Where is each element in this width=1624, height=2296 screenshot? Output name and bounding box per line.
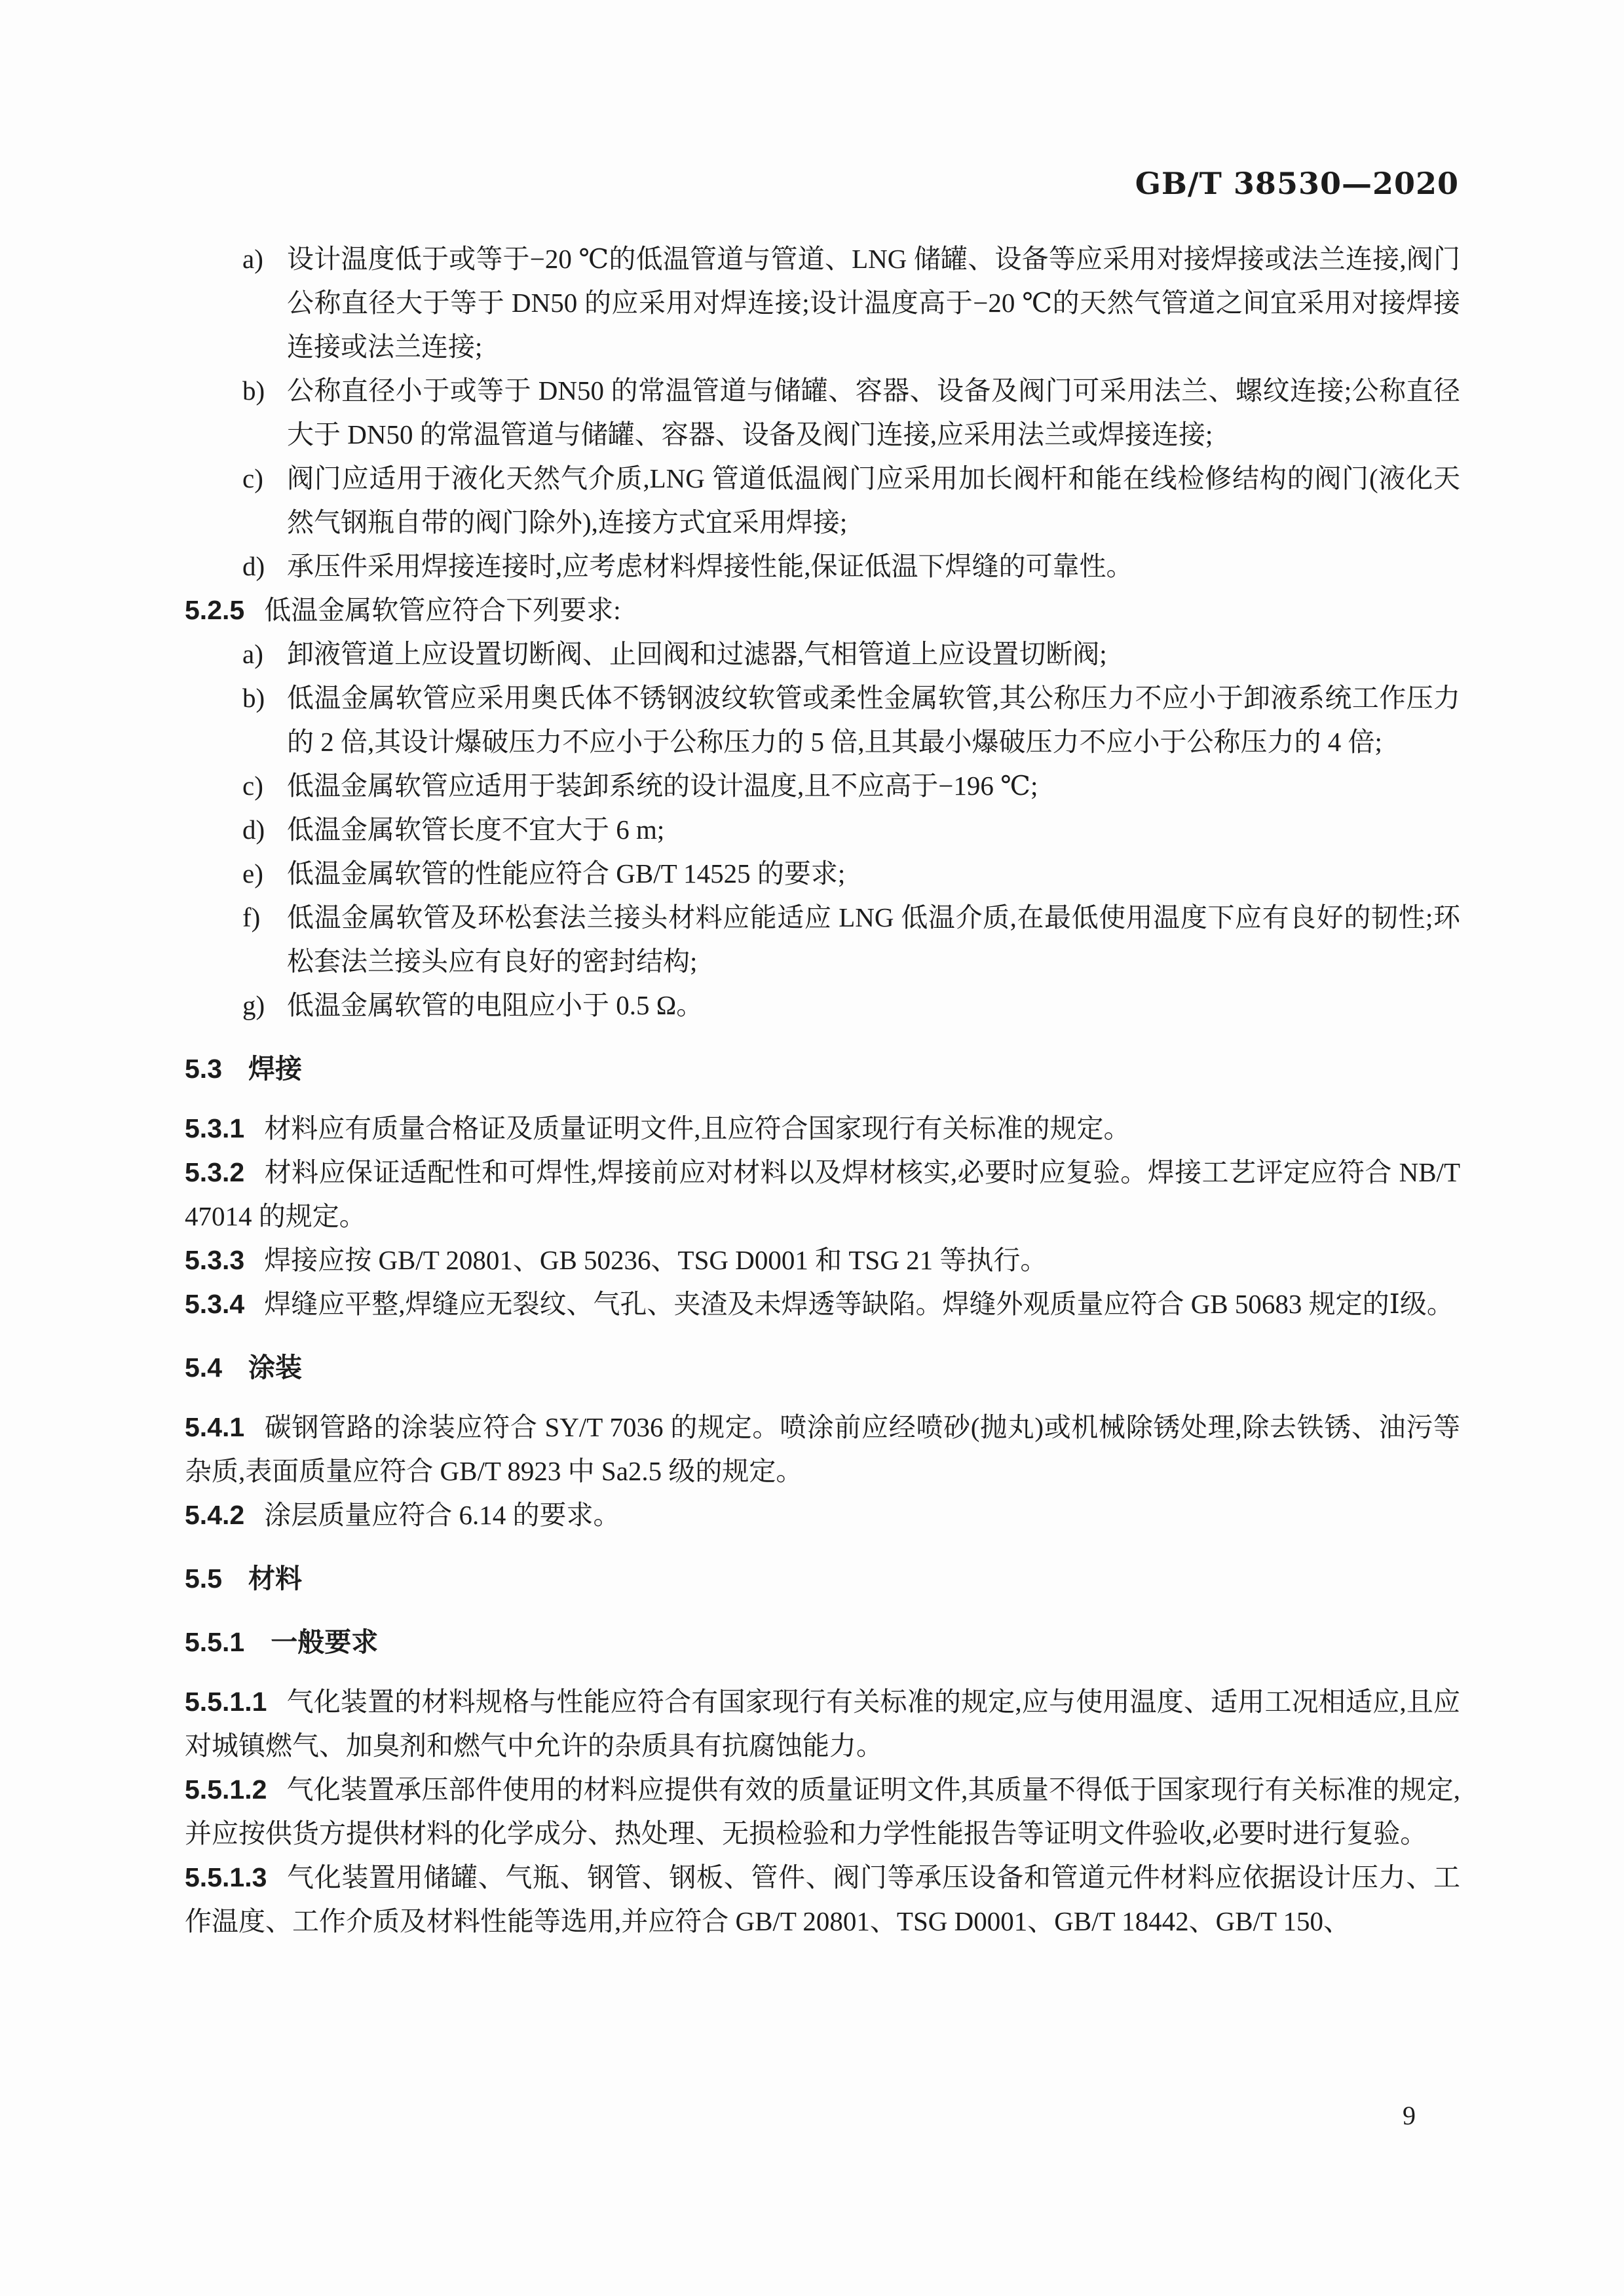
list-text: 设计温度低于或等于−20 ℃的低温管道与管道、LNG 储罐、设备等应采用对接焊接… [287, 237, 1460, 369]
list-label: c) [242, 457, 287, 545]
list-item: c) 低温金属软管应适用于装卸系统的设计温度,且不应高于−196 ℃; [185, 764, 1460, 808]
list-label: a) [242, 237, 287, 369]
clause-text: 涂层质量应符合 6.14 的要求。 [264, 1500, 620, 1530]
clause-text: 焊缝应平整,焊缝应无裂纹、气孔、夹渣及未焊透等缺陷。焊缝外观质量应符合 GB 5… [264, 1289, 1454, 1319]
clause-text: 气化装置承压部件使用的材料应提供有效的质量证明文件,其质量不得低于国家现行有关标… [185, 1774, 1460, 1848]
section-heading-5-5: 5.5材料 [185, 1557, 1460, 1601]
clause-text: 焊接应按 GB/T 20801、GB 50236、TSG D0001 和 TSG… [264, 1245, 1047, 1275]
standard-code: GB/T 38530—2020 [1135, 166, 1459, 201]
list-text: 低温金属软管及环松套法兰接头材料应能适应 LNG 低温介质,在最低使用温度下应有… [287, 896, 1460, 984]
clause-text: 低温金属软管应符合下列要求: [264, 595, 620, 625]
section-heading-5-3: 5.3焊接 [185, 1047, 1460, 1091]
clause-5-3-2: 5.3.2材料应保证适配性和可焊性,焊接前应对材料以及焊材核实,必要时应复验。焊… [185, 1151, 1460, 1238]
list-item: e) 低温金属软管的性能应符合 GB/T 14525 的要求; [185, 852, 1460, 896]
section-number: 5.5.1 [185, 1627, 244, 1657]
list-label: a) [242, 632, 287, 676]
list-text: 低温金属软管应采用奥氏体不锈钢波纹软管或柔性金属软管,其公称压力不应小于卸液系统… [287, 676, 1460, 764]
list-label: g) [242, 984, 287, 1027]
clause-5-5-1-2: 5.5.1.2气化装置承压部件使用的材料应提供有效的质量证明文件,其质量不得低于… [185, 1768, 1460, 1856]
section-number: 5.5 [185, 1563, 222, 1594]
list-item: d) 低温金属软管长度不宜大于 6 m; [185, 808, 1460, 852]
list-text: 低温金属软管长度不宜大于 6 m; [287, 808, 1460, 852]
section-title: 材料 [248, 1563, 302, 1594]
list-text: 低温金属软管的电阻应小于 0.5 Ω。 [287, 984, 1460, 1027]
section-heading-5-5-1: 5.5.1一般要求 [185, 1620, 1460, 1664]
list-label: f) [242, 896, 287, 984]
clause-number: 5.4.1 [185, 1412, 244, 1442]
clause-number: 5.5.1.2 [185, 1774, 267, 1805]
list-item: b) 低温金属软管应采用奥氏体不锈钢波纹软管或柔性金属软管,其公称压力不应小于卸… [185, 676, 1460, 764]
clause-number: 5.3.2 [185, 1157, 244, 1187]
clause-text: 材料应保证适配性和可焊性,焊接前应对材料以及焊材核实,必要时应复验。焊接工艺评定… [185, 1157, 1460, 1231]
list-item: b) 公称直径小于或等于 DN50 的常温管道与储罐、容器、设备及阀门可采用法兰… [185, 369, 1460, 457]
document-header: GB/T 38530—2020 [0, 0, 1624, 202]
list-text: 卸液管道上应设置切断阀、止回阀和过滤器,气相管道上应设置切断阀; [287, 632, 1460, 676]
clause-number: 5.3.4 [185, 1289, 244, 1319]
list-item: d) 承压件采用焊接连接时,应考虑材料焊接性能,保证低温下焊缝的可靠性。 [185, 545, 1460, 588]
section-title: 一般要求 [271, 1627, 378, 1657]
clause-text: 气化装置的材料规格与性能应符合有国家现行有关标准的规定,应与使用温度、适用工况相… [185, 1687, 1460, 1761]
page-number: 9 [1403, 2099, 1416, 2132]
clause-number: 5.5.1.3 [185, 1862, 267, 1892]
section-number: 5.4 [185, 1352, 222, 1383]
list-text: 阀门应适用于液化天然气介质,LNG 管道低温阀门应采用加长阀杆和能在线检修结构的… [287, 457, 1460, 545]
clause-5-5-1-1: 5.5.1.1气化装置的材料规格与性能应符合有国家现行有关标准的规定,应与使用温… [185, 1680, 1460, 1768]
clause-5-3-4: 5.3.4焊缝应平整,焊缝应无裂纹、气孔、夹渣及未焊透等缺陷。焊缝外观质量应符合… [185, 1282, 1460, 1326]
list-text: 低温金属软管应适用于装卸系统的设计温度,且不应高于−196 ℃; [287, 764, 1460, 808]
clause-text: 气化装置用储罐、气瓶、钢管、钢板、管件、阀门等承压设备和管道元件材料应依据设计压… [185, 1862, 1460, 1936]
list-label: d) [242, 545, 287, 588]
clause-text: 碳钢管路的涂装应符合 SY/T 7036 的规定。喷涂前应经喷砂(抛丸)或机械除… [185, 1412, 1460, 1486]
section-number: 5.3 [185, 1054, 222, 1084]
section-heading-5-4: 5.4涂装 [185, 1346, 1460, 1390]
clause-text: 材料应有质量合格证及质量证明文件,且应符合国家现行有关标准的规定。 [264, 1113, 1130, 1143]
clause-5-2-5: 5.2.5低温金属软管应符合下列要求: [185, 588, 1460, 632]
list-label: e) [242, 852, 287, 896]
document-page: GB/T 38530—2020 a) 设计温度低于或等于−20 ℃的低温管道与管… [0, 0, 1624, 2296]
list-item: f) 低温金属软管及环松套法兰接头材料应能适应 LNG 低温介质,在最低使用温度… [185, 896, 1460, 984]
list-text: 公称直径小于或等于 DN50 的常温管道与储罐、容器、设备及阀门可采用法兰、螺纹… [287, 369, 1460, 457]
clause-5-4-1: 5.4.1碳钢管路的涂装应符合 SY/T 7036 的规定。喷涂前应经喷砂(抛丸… [185, 1406, 1460, 1493]
clause-number: 5.3.3 [185, 1245, 244, 1275]
list-label: c) [242, 764, 287, 808]
list-item: a) 设计温度低于或等于−20 ℃的低温管道与管道、LNG 储罐、设备等应采用对… [185, 237, 1460, 369]
list-item: g) 低温金属软管的电阻应小于 0.5 Ω。 [185, 984, 1460, 1027]
list-label: b) [242, 676, 287, 764]
clause-number: 5.3.1 [185, 1113, 244, 1143]
list-item: a) 卸液管道上应设置切断阀、止回阀和过滤器,气相管道上应设置切断阀; [185, 632, 1460, 676]
list-label: b) [242, 369, 287, 457]
clause-number: 5.4.2 [185, 1500, 244, 1530]
clause-5-3-1: 5.3.1材料应有质量合格证及质量证明文件,且应符合国家现行有关标准的规定。 [185, 1107, 1460, 1151]
section-title: 涂装 [248, 1352, 302, 1383]
clause-5-4-2: 5.4.2涂层质量应符合 6.14 的要求。 [185, 1493, 1460, 1537]
clause-number: 5.2.5 [185, 595, 244, 625]
list-item: c) 阀门应适用于液化天然气介质,LNG 管道低温阀门应采用加长阀杆和能在线检修… [185, 457, 1460, 545]
document-body: a) 设计温度低于或等于−20 ℃的低温管道与管道、LNG 储罐、设备等应采用对… [185, 237, 1460, 1943]
clause-number: 5.5.1.1 [185, 1687, 267, 1717]
clause-5-3-3: 5.3.3焊接应按 GB/T 20801、GB 50236、TSG D0001 … [185, 1238, 1460, 1282]
list-text: 低温金属软管的性能应符合 GB/T 14525 的要求; [287, 852, 1460, 896]
section-title: 焊接 [248, 1054, 302, 1084]
list-label: d) [242, 808, 287, 852]
list-text: 承压件采用焊接连接时,应考虑材料焊接性能,保证低温下焊缝的可靠性。 [287, 545, 1460, 588]
clause-5-5-1-3: 5.5.1.3气化装置用储罐、气瓶、钢管、钢板、管件、阀门等承压设备和管道元件材… [185, 1856, 1460, 1943]
